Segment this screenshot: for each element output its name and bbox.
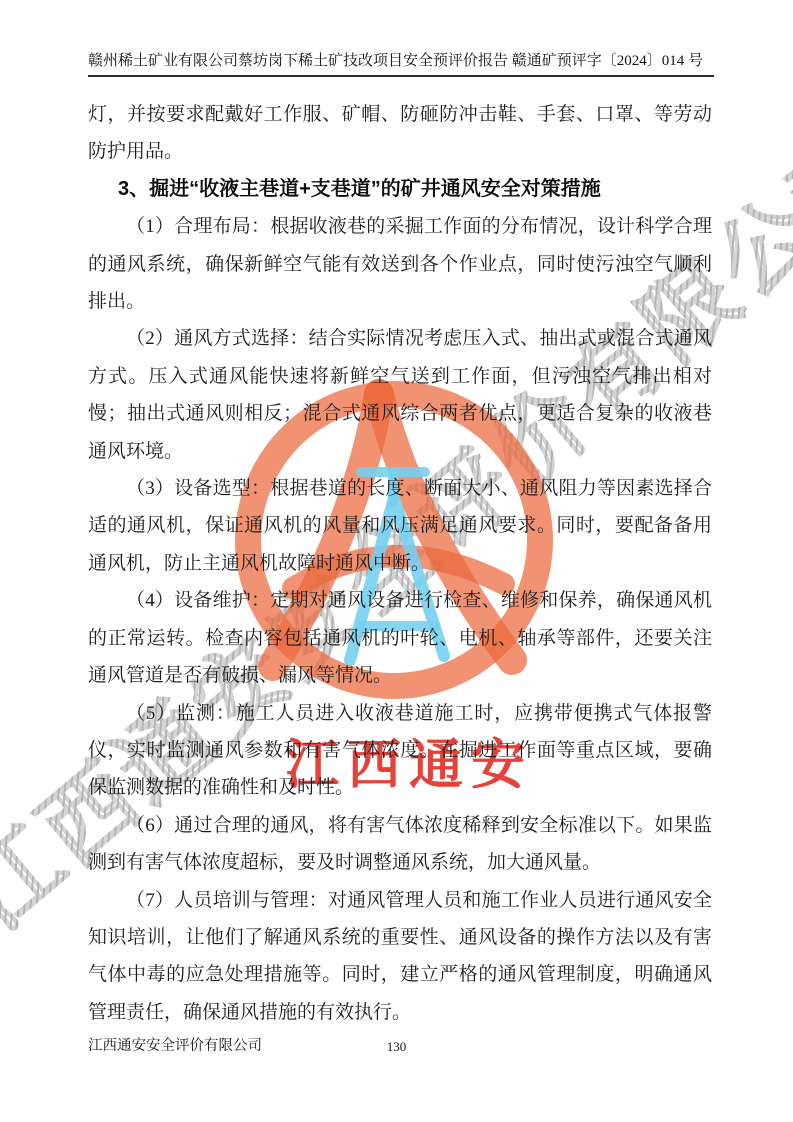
paragraph: （5）监测：施工人员进入收液巷道施工时，应携带便携式气体报警仪，实时监测通风参数… [88,695,712,807]
paragraph: （7）人员培训与管理：对通风管理人员和施工作业人员进行通风安全知识培训，让他们了… [88,882,712,1032]
paragraph: （6）通过合理的通风，将有害气体浓度稀释到安全标准以下。如果监测到有害气体浓度超… [88,807,712,882]
paragraph: （1）合理布局：根据收液巷的采掘工作面的分布情况，设计科学合理的通风系统，确保新… [88,208,712,320]
page-header: 赣州稀土矿业有限公司蔡坊岗下稀土矿技改项目安全预评价报告 赣通矿预评字〔2024… [88,50,714,77]
paragraph: （2）通风方式选择：结合实际情况考虑压入式、抽出式或混合式通风方式。压入式通风能… [88,320,712,470]
paragraph: （3）设备选型：根据巷道的长度、断面大小、通风阻力等因素选择合适的通风机，保证通… [88,470,712,582]
paragraph-continuation: 灯，并按要求配戴好工作服、矿帽、防砸防冲击鞋、手套、口罩、等劳动防护用品。 [88,96,712,171]
document-body: 灯，并按要求配戴好工作服、矿帽、防砸防冲击鞋、手套、口罩、等劳动防护用品。 3、… [88,96,712,1031]
paragraph: （4）设备维护：定期对通风设备进行检查、维修和保养，确保通风机的正常运转。检查内… [88,582,712,694]
page-number: 130 [0,1038,793,1056]
section-heading: 3、掘进“收液主巷道+支巷道”的矿井通风安全对策措施 [88,171,712,208]
document-page: 江西通安安全评价有限公司 江西通安 赣州稀土矿业有限公司蔡坊岗下稀土矿技改项目安… [0,0,793,1122]
